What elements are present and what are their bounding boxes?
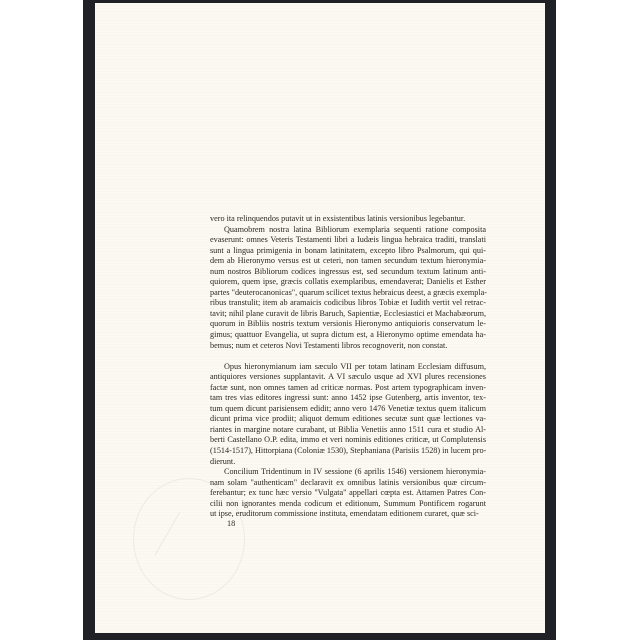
- text-line: evaserunt: omnes Veteris Testamenti libr…: [210, 235, 486, 246]
- text-line: dierunt.: [210, 457, 486, 468]
- text-line: vero ita relinquendos putavit ut in exsi…: [210, 214, 486, 225]
- text-line: ut ipse, eruditorum commissione institut…: [210, 509, 486, 520]
- paragraph-gap: [210, 351, 486, 362]
- text-line: tavit; nihil plane curavit de libris Bar…: [210, 309, 486, 320]
- text-line: Concilium Tridentinum in IV sessione (6 …: [210, 467, 486, 478]
- text-line: bemus; num et ceteros Novi Testamenti li…: [210, 341, 486, 352]
- text-line: (1514-1517), Hittorpiana (Coloniæ 1530),…: [210, 446, 486, 457]
- text-line: antiquiores versiones supplantavit. A VI…: [210, 372, 486, 383]
- text-line: nam solam "authenticam" declaravit ex om…: [210, 478, 486, 489]
- paragraph: Quamobrem nostra latina Bibliorum exempl…: [210, 225, 486, 352]
- text-line: tam tres vias editores ingressi sunt: an…: [210, 393, 486, 404]
- text-line: dem ab Hieronymo versus est ut ceteri, n…: [210, 256, 486, 267]
- text-line: gimus; quattuor Evangelia, ut supra dict…: [210, 330, 486, 341]
- body-text: vero ita relinquendos putavit ut in exsi…: [210, 214, 486, 520]
- paragraph: Concilium Tridentinum in IV sessione (6 …: [210, 467, 486, 520]
- text-line: berti Castellano O.P. edita, immo et ver…: [210, 435, 486, 446]
- text-line: riantes in margine notare curabant, ut B…: [210, 425, 486, 436]
- text-line: partes "deuterocanonicas", quarum scilic…: [210, 288, 486, 299]
- page-number: 18: [227, 519, 235, 528]
- text-line: Opus hieronymianum iam sæculo VII per to…: [210, 362, 486, 373]
- text-line: dicunt prima vice prodiit; aliquot demum…: [210, 414, 486, 425]
- text-line: num nostros Bibliorum codices ingressus …: [210, 267, 486, 278]
- text-line: cilii non ignorantes menda codicum et ed…: [210, 499, 486, 510]
- paragraph: vero ita relinquendos putavit ut in exsi…: [210, 214, 486, 225]
- text-line: Quamobrem nostra latina Bibliorum exempl…: [210, 225, 486, 236]
- text-line: sunt a lingua primigenia in bonam latini…: [210, 246, 486, 257]
- text-line: ferebantur; ex tunc hæc versio "Vulgata"…: [210, 488, 486, 499]
- text-line: quiorem, quem ipse, græcis collatis exem…: [210, 277, 486, 288]
- text-line: ribus transtulit; item ab aramaicis codi…: [210, 298, 486, 309]
- paragraph: Opus hieronymianum iam sæculo VII per to…: [210, 362, 486, 467]
- text-line: quorum in Bibliis nostris textum version…: [210, 319, 486, 330]
- text-line: factæ sunt, non omnes tamen ad criticæ n…: [210, 383, 486, 394]
- text-line: tum quem dicunt parisiensem edidit; anno…: [210, 404, 486, 415]
